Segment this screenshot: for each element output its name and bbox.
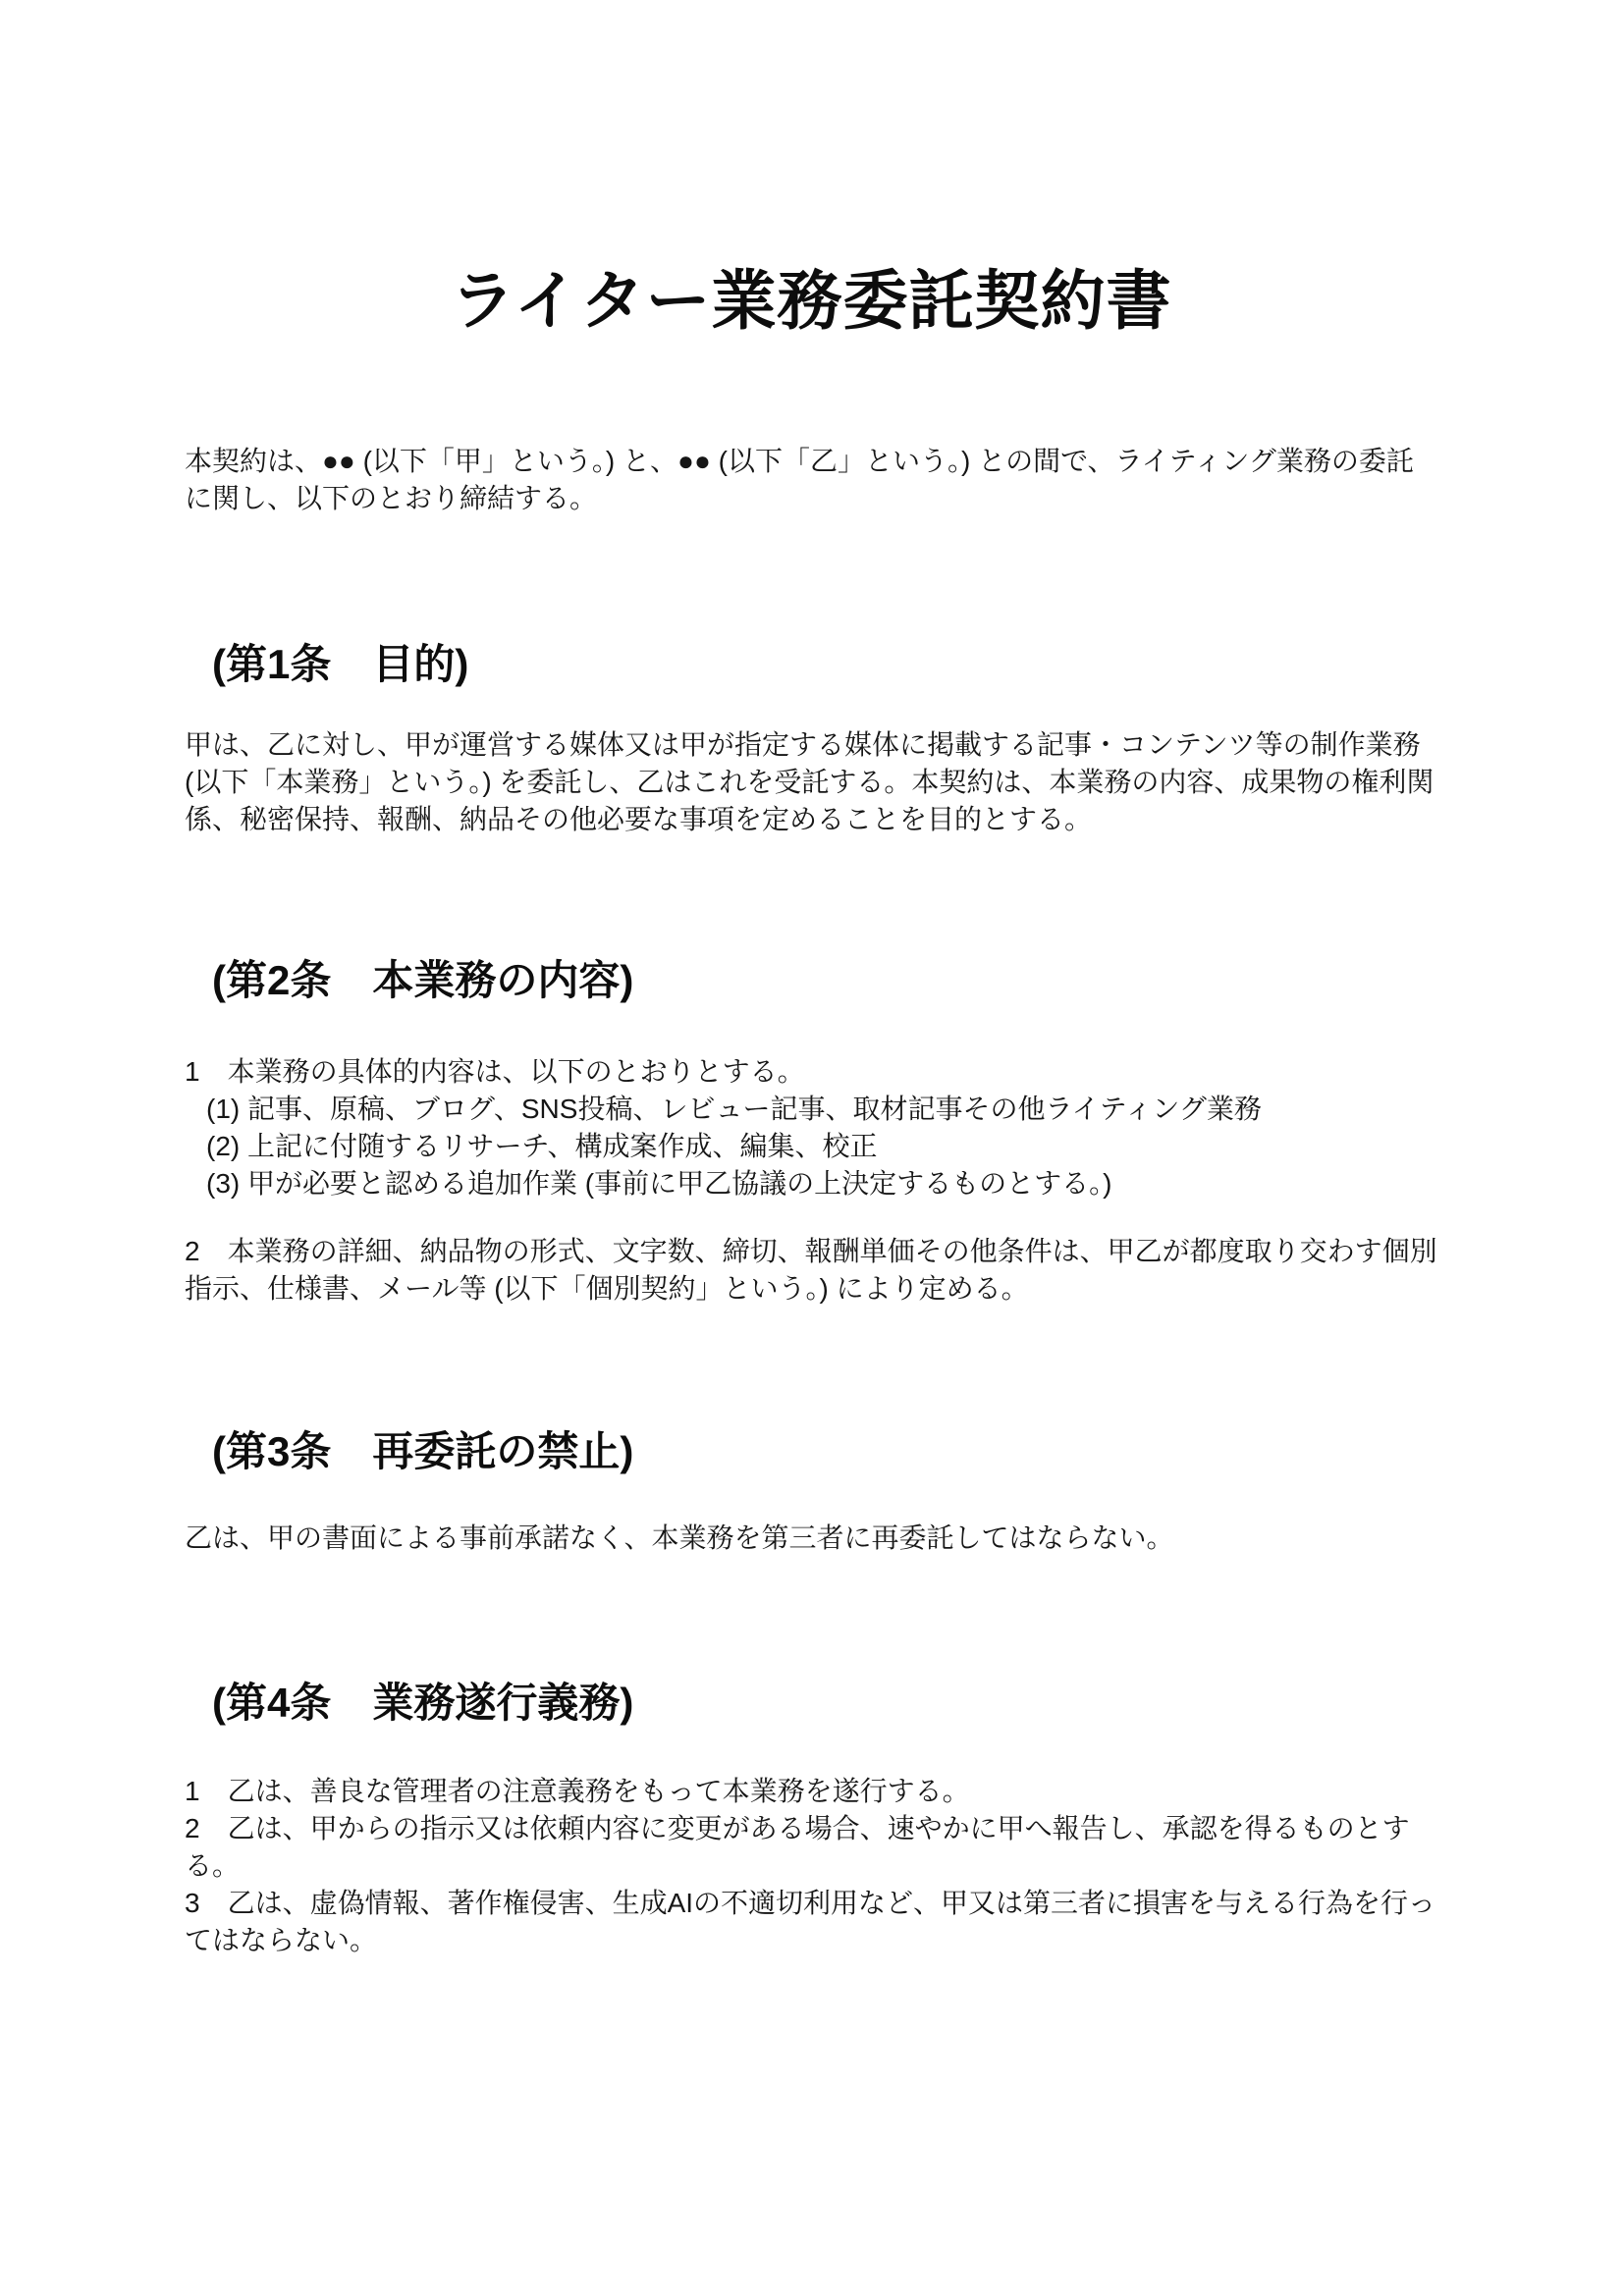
section-1-paragraph: 甲は、乙に対し、甲が運営する媒体又は甲が指定する媒体に掲載する記事・コンテンツ等… (185, 726, 1437, 838)
section-3-heading: (第3条 再委託の禁止) (185, 1424, 1437, 1479)
section-4-clause-3: 3 乙は、虚偽情報、著作権侵害、生成AIの不適切利用など、甲又は第三者に損害を与… (185, 1885, 1437, 1959)
section-2-heading: (第2条 本業務の内容) (185, 953, 1437, 1008)
section-2-clause-1-lead: 1 本業務の具体的内容は、以下のとおりとする。 (185, 1053, 1437, 1091)
section-3-paragraph: 乙は、甲の書面による事前承諾なく、本業務を第三者に再委託してはならない。 (185, 1520, 1437, 1557)
section-2-clause-2: 2 本業務の詳細、納品物の形式、文字数、締切、報酬単価その他条件は、甲乙が都度取… (185, 1233, 1437, 1308)
section-2-clause-1-item-1: (1) 記事、原稿、ブログ、SNS投稿、レビュー記事、取材記事その他ライティング… (185, 1091, 1437, 1128)
section-4-heading: (第4条 業務遂行義務) (185, 1676, 1437, 1731)
section-4-clause-2: 2 乙は、甲からの指示又は依頼内容に変更がある場合、速やかに甲へ報告し、承認を得… (185, 1810, 1437, 1885)
section-2-clause-1-item-2: (2) 上記に付随するリサーチ、構成案作成、編集、校正 (185, 1128, 1437, 1165)
contract-page: ライター業務委託契約書 本契約は、●● (以下「甲」という。) と、●● (以下… (0, 0, 1624, 2296)
section-2-clause-1-item-3: (3) 甲が必要と認める追加作業 (事前に甲乙協議の上決定するものとする。) (185, 1165, 1437, 1202)
document-title: ライター業務委託契約書 (185, 259, 1437, 342)
section-4-clause-1: 1 乙は、善良な管理者の注意義務をもって本業務を遂行する。 (185, 1773, 1437, 1810)
section-2-clause-1: 1 本業務の具体的内容は、以下のとおりとする。 (1) 記事、原稿、ブログ、SN… (185, 1053, 1437, 1202)
section-4-clauses: 1 乙は、善良な管理者の注意義務をもって本業務を遂行する。 2 乙は、甲からの指… (185, 1773, 1437, 1959)
section-1-heading: (第1条 目的) (185, 637, 1437, 692)
preamble-paragraph: 本契約は、●● (以下「甲」という。) と、●● (以下「乙」という。) との間… (185, 443, 1437, 517)
